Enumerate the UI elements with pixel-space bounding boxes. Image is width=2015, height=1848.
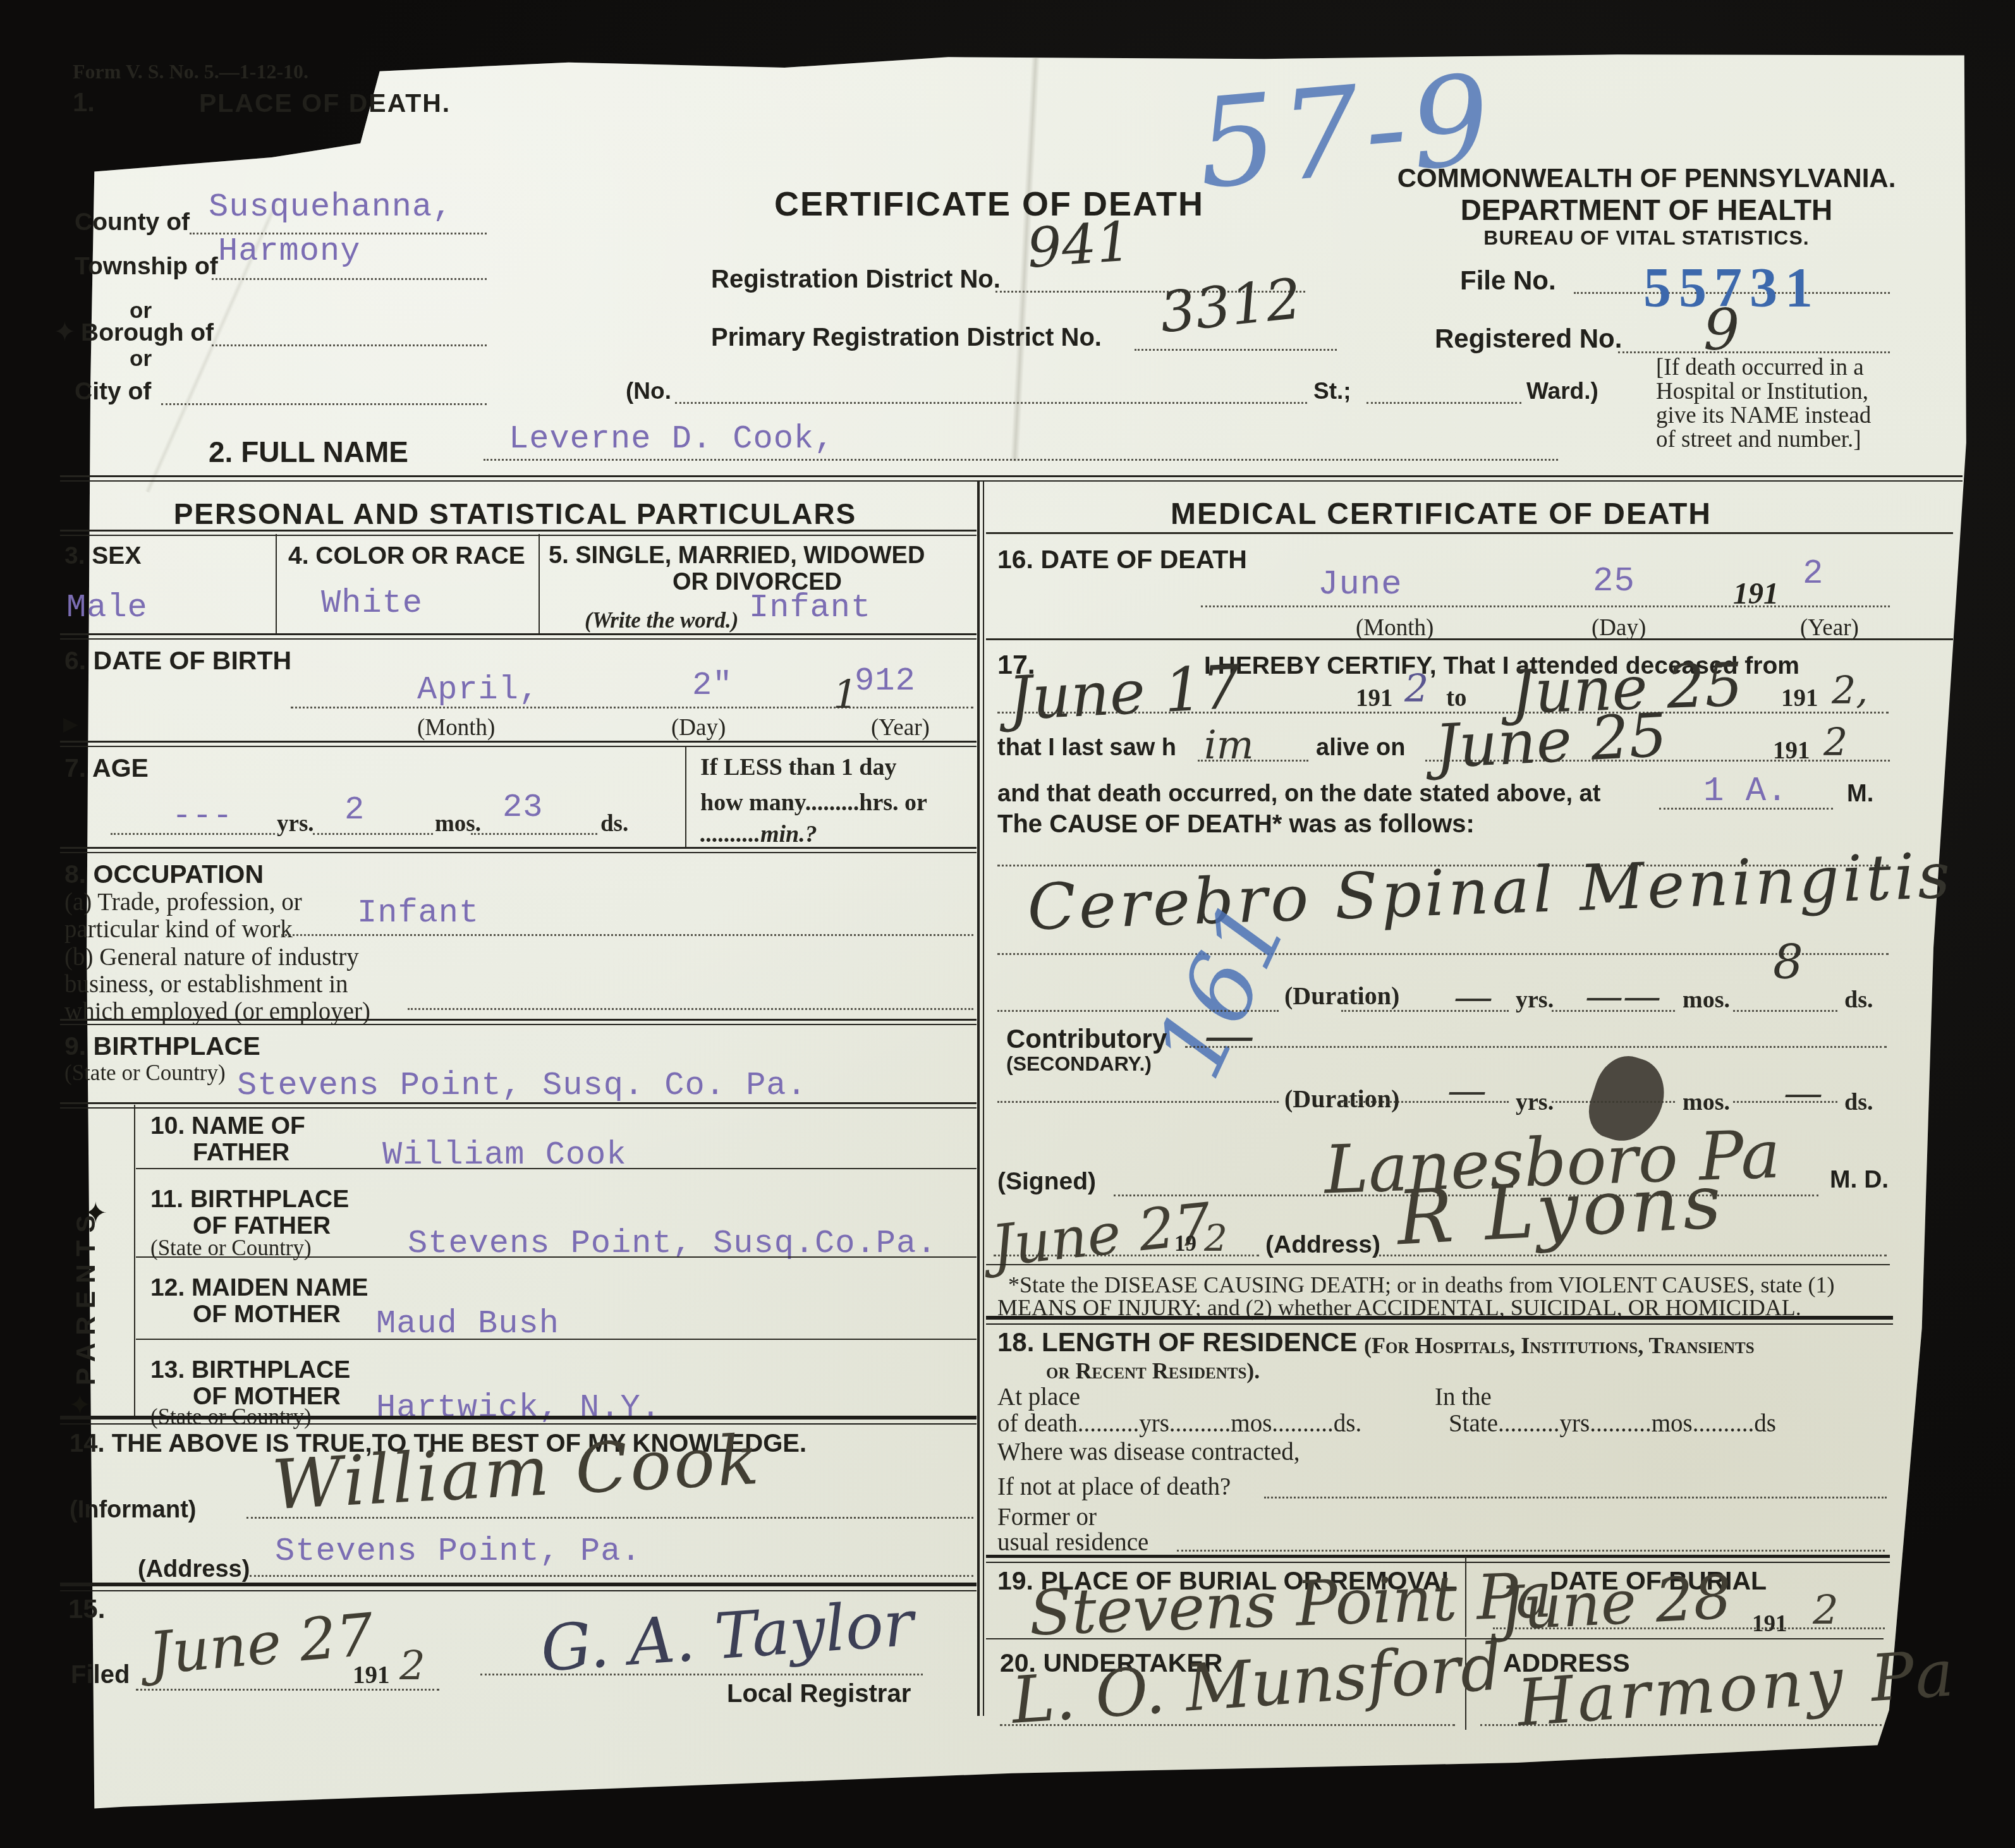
cause-of-death-label: The CAUSE OF DEATH* was as follows: [997, 810, 1475, 839]
father-name-label1: 10. NAME OF [150, 1112, 305, 1140]
dotted-line [1185, 1046, 1887, 1048]
row-rule [136, 1168, 977, 1169]
death-time-value: 1 A. [1703, 772, 1788, 811]
ward-label: Ward.) [1526, 378, 1598, 404]
hospital-note-line1: [If death occurred in a [1656, 354, 1864, 381]
dotted-line [247, 1517, 973, 1519]
marital-hint: (Write the word.) [585, 608, 738, 633]
dob-day-value: 2" [692, 667, 733, 704]
dotted-line [212, 344, 487, 346]
printer-star-icon: ✦ [83, 1196, 108, 1230]
dotted-line [994, 1255, 1259, 1256]
filed-label: Filed [71, 1661, 130, 1689]
dotted-line [1552, 1010, 1675, 1012]
dotted-line [1135, 349, 1337, 351]
attended-from-year-printed: 191 [1356, 684, 1393, 712]
age-years-unit: yrs. [277, 810, 314, 837]
dob-month-value: April, [417, 671, 539, 708]
meridiem-label: M. [1847, 781, 1873, 808]
filed-year-value: 2 [399, 1643, 425, 1690]
dotted-line [1177, 1550, 1885, 1552]
section1-number: 1. [73, 87, 95, 118]
dotted-line [675, 402, 1307, 404]
informant-label: (Informant) [70, 1497, 197, 1524]
residence-label: 18. LENGTH OF RESIDENCE [997, 1327, 1357, 1358]
full-name-label: 2. FULL NAME [209, 435, 408, 469]
date-of-death-year-value: 2 [1803, 555, 1823, 593]
birthplace-value: Stevens Point, Susq. Co. Pa. [237, 1067, 807, 1104]
dotted-line [1480, 1724, 1882, 1726]
city-label: City of [75, 378, 151, 406]
secondary-label: (SECONDARY.) [1006, 1052, 1152, 1076]
section-rule [60, 1416, 977, 1425]
signed-label: (Signed) [997, 1168, 1096, 1196]
duration2-years-value: — [1447, 1067, 1487, 1113]
section-rule [986, 638, 1953, 640]
street-label: St.; [1313, 378, 1351, 404]
age-label: 7. AGE [64, 753, 149, 783]
race-value: White [321, 585, 423, 622]
attended-from-year-value: 2 [1404, 667, 1428, 711]
cell-divider [276, 534, 277, 634]
agency-bureau: BUREAU OF VITAL STATISTICS. [1391, 226, 1902, 250]
mother-birthplace-label1: 13. BIRTHPLACE [150, 1356, 350, 1384]
former-line1: Former or [997, 1503, 1097, 1531]
divider-rule [60, 1102, 977, 1109]
birthplace-label: 9. BIRTHPLACE [64, 1031, 260, 1061]
divider-rule [60, 741, 977, 747]
date-of-death-day: 25 [1593, 562, 1635, 601]
dotted-line [1367, 402, 1521, 404]
dob-label: 6. DATE OF BIRTH [64, 646, 291, 676]
cell-divider [539, 534, 540, 634]
file-no-label: File No. [1460, 265, 1556, 296]
dotted-line [1733, 1101, 1837, 1103]
occupation-a-value: Infant [357, 894, 479, 932]
age-months-value: 2 [344, 791, 365, 829]
cell-divider [685, 746, 686, 847]
township-label: Township of [75, 253, 218, 281]
dotted-line [408, 1008, 973, 1010]
dotted-line [480, 1674, 923, 1675]
physician-address-value: R Lyons [1395, 1158, 1727, 1262]
duration1-months-value: —— [1585, 975, 1661, 1019]
last-saw-date-value: June 25 [1433, 700, 1669, 782]
mother-name-label2: OF MOTHER [193, 1301, 341, 1328]
dotted-line [471, 833, 597, 835]
street-no-label: (No. [626, 378, 671, 404]
duration2-years-unit: yrs. [1516, 1088, 1554, 1116]
duration2-days-unit: ds. [1844, 1088, 1873, 1116]
duration1-days-value: 8 [1773, 934, 1803, 990]
birthplace-hint: (State or Country) [64, 1061, 226, 1086]
at-place-line1: At place [997, 1383, 1080, 1411]
less-than-day-line1: If LESS than 1 day [700, 753, 896, 781]
parents-strip-divider [134, 1105, 135, 1416]
agency-department: DEPARTMENT OF HEALTH [1391, 193, 1902, 227]
scanned-death-certificate: Form V. S. No. 5.—1-12-10. 1. PLACE OF D… [0, 0, 2015, 1848]
attended-to-year-value: 2, [1832, 669, 1868, 713]
dotted-line [136, 1689, 439, 1691]
where-contracted-label: Where was disease contracted, [997, 1438, 1300, 1466]
dod-year-caption: (Year) [1800, 614, 1859, 641]
duration1-years-value: — [1454, 973, 1493, 1019]
duration2-months-unit: mos. [1683, 1088, 1730, 1116]
pointer-mark-icon: ► [58, 709, 83, 739]
registered-no-label: Registered No. [1435, 324, 1622, 354]
physician-address-label: (Address) [1265, 1231, 1380, 1259]
date-of-death-label: 16. DATE OF DEATH [997, 545, 1247, 574]
filed-section-number: 15. [68, 1594, 105, 1624]
in-the-line1: In the [1435, 1383, 1492, 1411]
section1-title: PLACE OF DEATH. [199, 88, 451, 118]
dotted-line [161, 403, 487, 405]
township-value: Harmony [218, 233, 360, 270]
duration1-months-unit: mos. [1683, 986, 1730, 1014]
sex-value: Male [66, 589, 148, 626]
dotted-line [1733, 1010, 1837, 1012]
duration2-label: (Duration) [1284, 1084, 1399, 1114]
age-days-unit: ds. [600, 810, 628, 837]
duration1-label: (Duration) [1284, 981, 1399, 1011]
father-name-label2: FATHER [193, 1139, 289, 1167]
dob-day-caption: (Day) [671, 714, 726, 741]
divider-rule [60, 847, 977, 853]
dotted-line [111, 833, 275, 835]
informant-address-value: Stevens Point, Pa. [275, 1533, 642, 1570]
race-label: 4. COLOR OR RACE [288, 542, 525, 570]
section-rule [60, 1583, 977, 1591]
dotted-line [1375, 1255, 1887, 1256]
dotted-line [313, 833, 433, 835]
former-line2: usual residence [997, 1528, 1148, 1557]
dotted-line [997, 953, 1889, 955]
md-label: M. D. [1830, 1166, 1889, 1194]
sex-label: 3. SEX [64, 542, 141, 570]
divider-rule [60, 1019, 977, 1025]
dotted-line [1264, 1497, 1887, 1498]
last-saw-pre: that I last saw h [997, 734, 1176, 762]
signed-year-value: 2 [1204, 1217, 1227, 1260]
dotted-line [1341, 1010, 1509, 1012]
county-value: Susquehanna, [209, 188, 453, 226]
occupation-a-line1: (a) Trade, profession, or [64, 888, 302, 916]
registration-district-label: Registration District No. [711, 265, 1001, 294]
dob-month-caption: (Month) [417, 714, 495, 741]
county-label: County of [75, 209, 190, 236]
duration1-days-unit: ds. [1844, 986, 1873, 1014]
certificate-title: CERTIFICATE OF DEATH [758, 185, 1220, 224]
mother-name-value: Maud Bush [376, 1305, 559, 1342]
father-birthplace-label1: 11. BIRTHPLACE [150, 1186, 349, 1213]
signed-year-printed: 19 [1174, 1231, 1196, 1256]
occupation-b-line2: business, or establishment in [64, 970, 348, 999]
less-than-day-line2: how many.........hrs. or [700, 789, 927, 817]
medical-section-title: MEDICAL CERTIFICATE OF DEATH [1024, 497, 1858, 532]
marital-label-line1: 5. SINGLE, MARRIED, WIDOWED [549, 542, 925, 569]
divider-rule [60, 633, 977, 640]
age-years-value: --- [172, 798, 233, 835]
contributory-value: — [1204, 1006, 1255, 1065]
residence-paren1: (For Hospitals, Institutions, Transients [1364, 1332, 1755, 1359]
dotted-line [1000, 1724, 1455, 1726]
dotted-line [291, 707, 973, 708]
dotted-line [1493, 1627, 1885, 1629]
marital-value: Infant [749, 589, 871, 626]
dob-year-value: 912 [855, 662, 916, 700]
form-number: Form V. S. No. 5.—1-12-10. [73, 60, 308, 83]
dotted-line [1341, 1101, 1509, 1103]
to-label: to [1446, 684, 1467, 712]
date-of-death-month: June [1318, 566, 1403, 604]
at-place-line2: of death..........yrs..........mos......… [997, 1409, 1361, 1438]
primary-district-label: Primary Registration District No. [711, 324, 1102, 352]
last-saw-post: alive on [1316, 734, 1406, 762]
in-the-line2: State..........yrs..........mos.........… [1449, 1409, 1776, 1438]
dotted-line [212, 278, 487, 280]
burial-year-printed: 191 [1752, 1610, 1787, 1638]
full-name-value: Leverne D. Cook, [509, 420, 834, 458]
registrar-label: Local Registrar [727, 1680, 911, 1708]
residence-paren2: or Recent Residents). [1046, 1358, 1260, 1384]
age-days-value: 23 [502, 789, 543, 826]
dotted-line [1201, 605, 1890, 607]
last-saw-year-value: 2 [1823, 720, 1848, 765]
section-rule [986, 1264, 1890, 1265]
section-rule [986, 1555, 1890, 1563]
dotted-line [281, 934, 973, 936]
borough-label: Borough of [81, 319, 214, 347]
dod-month-caption: (Month) [1356, 614, 1434, 641]
dotted-line [1198, 760, 1308, 762]
duration1-years-unit: yrs. [1516, 986, 1554, 1014]
hospital-note-line4: of street and number.] [1656, 426, 1861, 453]
dotted-line [997, 1101, 1279, 1103]
section-rule [986, 1316, 1893, 1325]
occupation-a-line2: particular kind of work [64, 915, 293, 944]
burial-date-value: June 28 [1497, 1562, 1733, 1644]
mother-name-label1: 12. MAIDEN NAME [150, 1274, 368, 1302]
dob-year-caption: (Year) [871, 714, 930, 741]
occupation-b-line1: (b) General nature of industry [64, 943, 359, 971]
duration2-days-value: — [1784, 1069, 1823, 1115]
section-rule [986, 532, 1953, 534]
divider-rule [60, 530, 977, 536]
printer-star-icon: ✦ [53, 316, 76, 348]
death-occurred-text: and that death occurred, on the date sta… [997, 781, 1600, 808]
agency-commonwealth: COMMONWEALTH OF PENNSYLVANIA. [1391, 163, 1902, 193]
dod-day-caption: (Day) [1592, 614, 1646, 641]
hospital-note-line2: Hospital or Institution, [1656, 378, 1868, 405]
column-divider [977, 480, 984, 1716]
attended-to-year-printed: 191 [1781, 684, 1818, 712]
informant-address-label: (Address) [138, 1556, 250, 1583]
hospital-note-line3: give its NAME instead [1656, 402, 1871, 429]
filed-year-printed: 191 [353, 1661, 390, 1689]
if-not-label: If not at place of death? [997, 1473, 1231, 1501]
dotted-line [1425, 760, 1890, 762]
dotted-line [484, 459, 1558, 461]
occupation-label: 8. OCCUPATION [64, 860, 264, 889]
dotted-line [1618, 351, 1890, 353]
or-label-2: or [130, 346, 152, 372]
divider-rule [60, 475, 1963, 482]
dotted-line [1659, 808, 1833, 810]
row-rule [136, 1256, 977, 1258]
less-than-day-line3: ..........min.? [700, 820, 817, 848]
dotted-line [250, 1575, 973, 1577]
row-rule [136, 1339, 977, 1340]
registration-district-value: 941 [1025, 210, 1133, 280]
contributory-label: Contributory [1006, 1024, 1167, 1054]
dotted-line [1552, 1101, 1675, 1103]
personal-section-title: PERSONAL AND STATISTICAL PARTICULARS [70, 497, 961, 531]
